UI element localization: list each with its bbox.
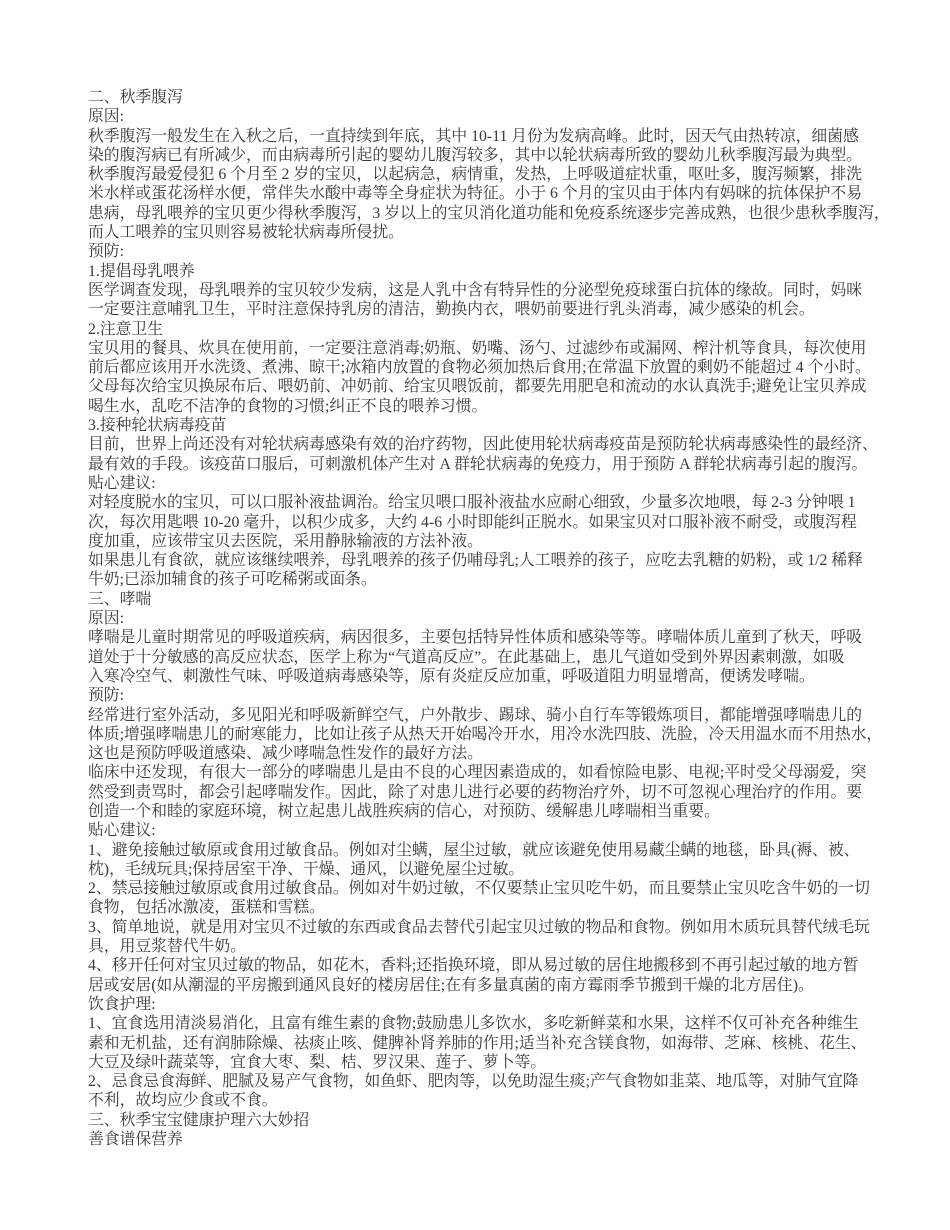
- text-line: 宝贝用的餐具、炊具在使用前，一定要注意消毒;奶瓶、奶嘴、汤勺、过滤纱布或漏网、榨…: [88, 339, 930, 358]
- text-line: 染的腹泻病已有所减少，而由病毒所引起的婴幼儿腹泻较多，其中以轮状病毒所致的婴幼儿…: [88, 146, 930, 165]
- text-line: 枕)，毛绒玩具;保持居室干净、干燥、通风，以避免屋尘过敏。: [88, 860, 930, 879]
- text-line: 临床中还发现，有很大一部分的哮喘患儿是由不良的心理因素造成的，如看惊险电影、电视…: [88, 763, 930, 782]
- text-line: 入寒冷空气、刺激性气味、呼吸道病毒感染等，原有炎症反应加重，呼吸道阻力明显增高，…: [88, 667, 930, 686]
- text-line: 2、忌食忌食海鲜、肥腻及易产气食物，如鱼虾、肥肉等，以免助湿生痰;产气食物如韭菜…: [88, 1072, 930, 1091]
- text-line: 素和无机盐，还有润肺除燥、祛痰止咳、健脾补肾养肺的作用;适当补充含镁食物，如海带…: [88, 1034, 930, 1053]
- text-line: 不利，故均应少食或不食。: [88, 1091, 930, 1110]
- text-line: 1、宜食选用清淡易消化，且富有维生素的食物;鼓励患儿多饮水，多吃新鲜菜和水果，这…: [88, 1014, 930, 1033]
- text-line: 哮喘是儿童时期常见的呼吸道疾病，病因很多，主要包括特异性体质和感染等等。哮喘体质…: [88, 628, 930, 647]
- text-line: 如果患儿有食欲，就应该继续喂养，母乳喂养的孩子仍哺母乳;人工喂养的孩子，应吃去乳…: [88, 551, 930, 570]
- text-line: 牛奶;已添加辅食的孩子可吃稀粥或面条。: [88, 570, 930, 589]
- text-line: 1、避免接触过敏原或食用过敏食品。例如对尘螨，屋尘过敏，就应该避免使用易藏尘螨的…: [88, 841, 930, 860]
- text-line: 最有效的手段。该疫苗口服后，可刺激机体产生对 A 群轮状病毒的免疫力，用于预防 …: [88, 455, 930, 474]
- text-line: 道处于十分敏感的高反应状态，医学上称为“气道高反应”。在此基础上，患儿气道如受到…: [88, 648, 930, 667]
- text-line: 2.注意卫生: [88, 320, 930, 339]
- text-line: 预防:: [88, 242, 930, 261]
- text-line: 创造一个和睦的家庭环境，树立起患儿战胜疾病的信心，对预防、缓解患儿哮喘相当重要。: [88, 802, 930, 821]
- text-line: 父母每次给宝贝换尿布后、喂奶前、冲奶前、给宝贝喂饭前，都要先用肥皂和流动的水认真…: [88, 377, 930, 396]
- text-line: 善食谱保营养: [88, 1130, 930, 1149]
- text-line: 食物，包括冰激凌，蛋糕和雪糕。: [88, 898, 930, 917]
- text-line: 喝生水，乱吃不洁净的食物的习惯;纠正不良的喂养习惯。: [88, 397, 930, 416]
- text-line: 前后都应该用开水洗烫、煮沸、晾干;冰箱内放置的食物必须加热后食用;在常温下放置的…: [88, 358, 930, 377]
- text-line: 秋季腹泻一般发生在入秋之后，一直持续到年底，其中 10-11 月份为发病高峰。此…: [88, 127, 930, 146]
- text-line: 3.接种轮状病毒疫苗: [88, 416, 930, 435]
- text-line: 目前，世界上尚还没有对轮状病毒感染有效的治疗药物，因此使用轮状病毒疫苗是预防轮状…: [88, 435, 930, 454]
- text-line: 一定要注意哺乳卫生，平时注意保持乳房的清洁，勤换内衣，喂奶前要进行乳头消毒，减少…: [88, 300, 930, 319]
- text-line: 饮食护理:: [88, 995, 930, 1014]
- text-line: 4、移开任何对宝贝过敏的物品，如花木，香料;还指换环境，即从易过敏的居住地搬移到…: [88, 956, 930, 975]
- text-line: 秋季腹泻最爱侵犯 6 个月至 2 岁的宝贝，以起病急，病情重，发热，上呼吸道症状…: [88, 165, 930, 184]
- document-page: 二、秋季腹泻原因:秋季腹泻一般发生在入秋之后，一直持续到年底，其中 10-11 …: [0, 0, 950, 1230]
- text-line: 预防:: [88, 686, 930, 705]
- text-line: 这也是预防呼吸道感染、减少哮喘急性发作的最好方法。: [88, 744, 930, 763]
- text-line: 然受到责骂时，都会引起哮喘发作。因此，除了对患儿进行必要的药物治疗外，切不可忽视…: [88, 783, 930, 802]
- text-line: 三、哮喘: [88, 590, 930, 609]
- document-text: 二、秋季腹泻原因:秋季腹泻一般发生在入秋之后，一直持续到年底，其中 10-11 …: [88, 88, 930, 1149]
- text-line: 贴心建议:: [88, 821, 930, 840]
- text-line: 经常进行室外活动，多见阳光和呼吸新鲜空气，户外散步、踢球、骑小自行车等锻炼项目，…: [88, 706, 930, 725]
- text-line: 而人工喂养的宝贝则容易被轮状病毒所侵扰。: [88, 223, 930, 242]
- text-line: 原因:: [88, 609, 930, 628]
- text-line: 大豆及绿叶蔬菜等，宜食大枣、梨、桔、罗汉果、莲子、萝卜等。: [88, 1053, 930, 1072]
- text-line: 居或安居(如从潮湿的平房搬到通风良好的楼房居住;在有多量真菌的南方霉雨季节搬到干…: [88, 976, 930, 995]
- text-line: 具，用豆浆替代牛奶。: [88, 937, 930, 956]
- text-line: 次，每次用匙喂 10-20 毫升，以积少成多，大约 4-6 小时即能纠正脱水。如…: [88, 513, 930, 532]
- text-line: 体质;增强哮喘患儿的耐寒能力，比如让孩子从热天开始喝冷开水，用冷水洗四肢、洗脸，…: [88, 725, 930, 744]
- text-line: 三、秋季宝宝健康护理六大妙招: [88, 1111, 930, 1130]
- text-line: 对轻度脱水的宝贝，可以口服补液盐调治。给宝贝喂口服补液盐水应耐心细致，少量多次地…: [88, 493, 930, 512]
- text-line: 二、秋季腹泻: [88, 88, 930, 107]
- text-line: 3、简单地说，就是用对宝贝不过敏的东西或食品去替代引起宝贝过敏的物品和食物。例如…: [88, 918, 930, 937]
- text-line: 医学调查发现，母乳喂养的宝贝较少发病，这是人乳中含有特异性的分泌型免疫球蛋白抗体…: [88, 281, 930, 300]
- text-line: 贴心建议:: [88, 474, 930, 493]
- text-line: 患病，母乳喂养的宝贝更少得秋季腹泻，3 岁以上的宝贝消化道功能和免疫系统逐步完善…: [88, 204, 930, 223]
- text-line: 原因:: [88, 107, 930, 126]
- text-line: 2、禁忌接触过敏原或食用过敏食品。例如对牛奶过敏，不仅要禁止宝贝吃牛奶，而且要禁…: [88, 879, 930, 898]
- text-line: 度加重，应该带宝贝去医院，采用静脉输液的方法补液。: [88, 532, 930, 551]
- text-line: 米水样或蛋花汤样水便，常伴失水酸中毒等全身症状为特征。小于 6 个月的宝贝由于体…: [88, 184, 930, 203]
- text-line: 1.提倡母乳喂养: [88, 262, 930, 281]
